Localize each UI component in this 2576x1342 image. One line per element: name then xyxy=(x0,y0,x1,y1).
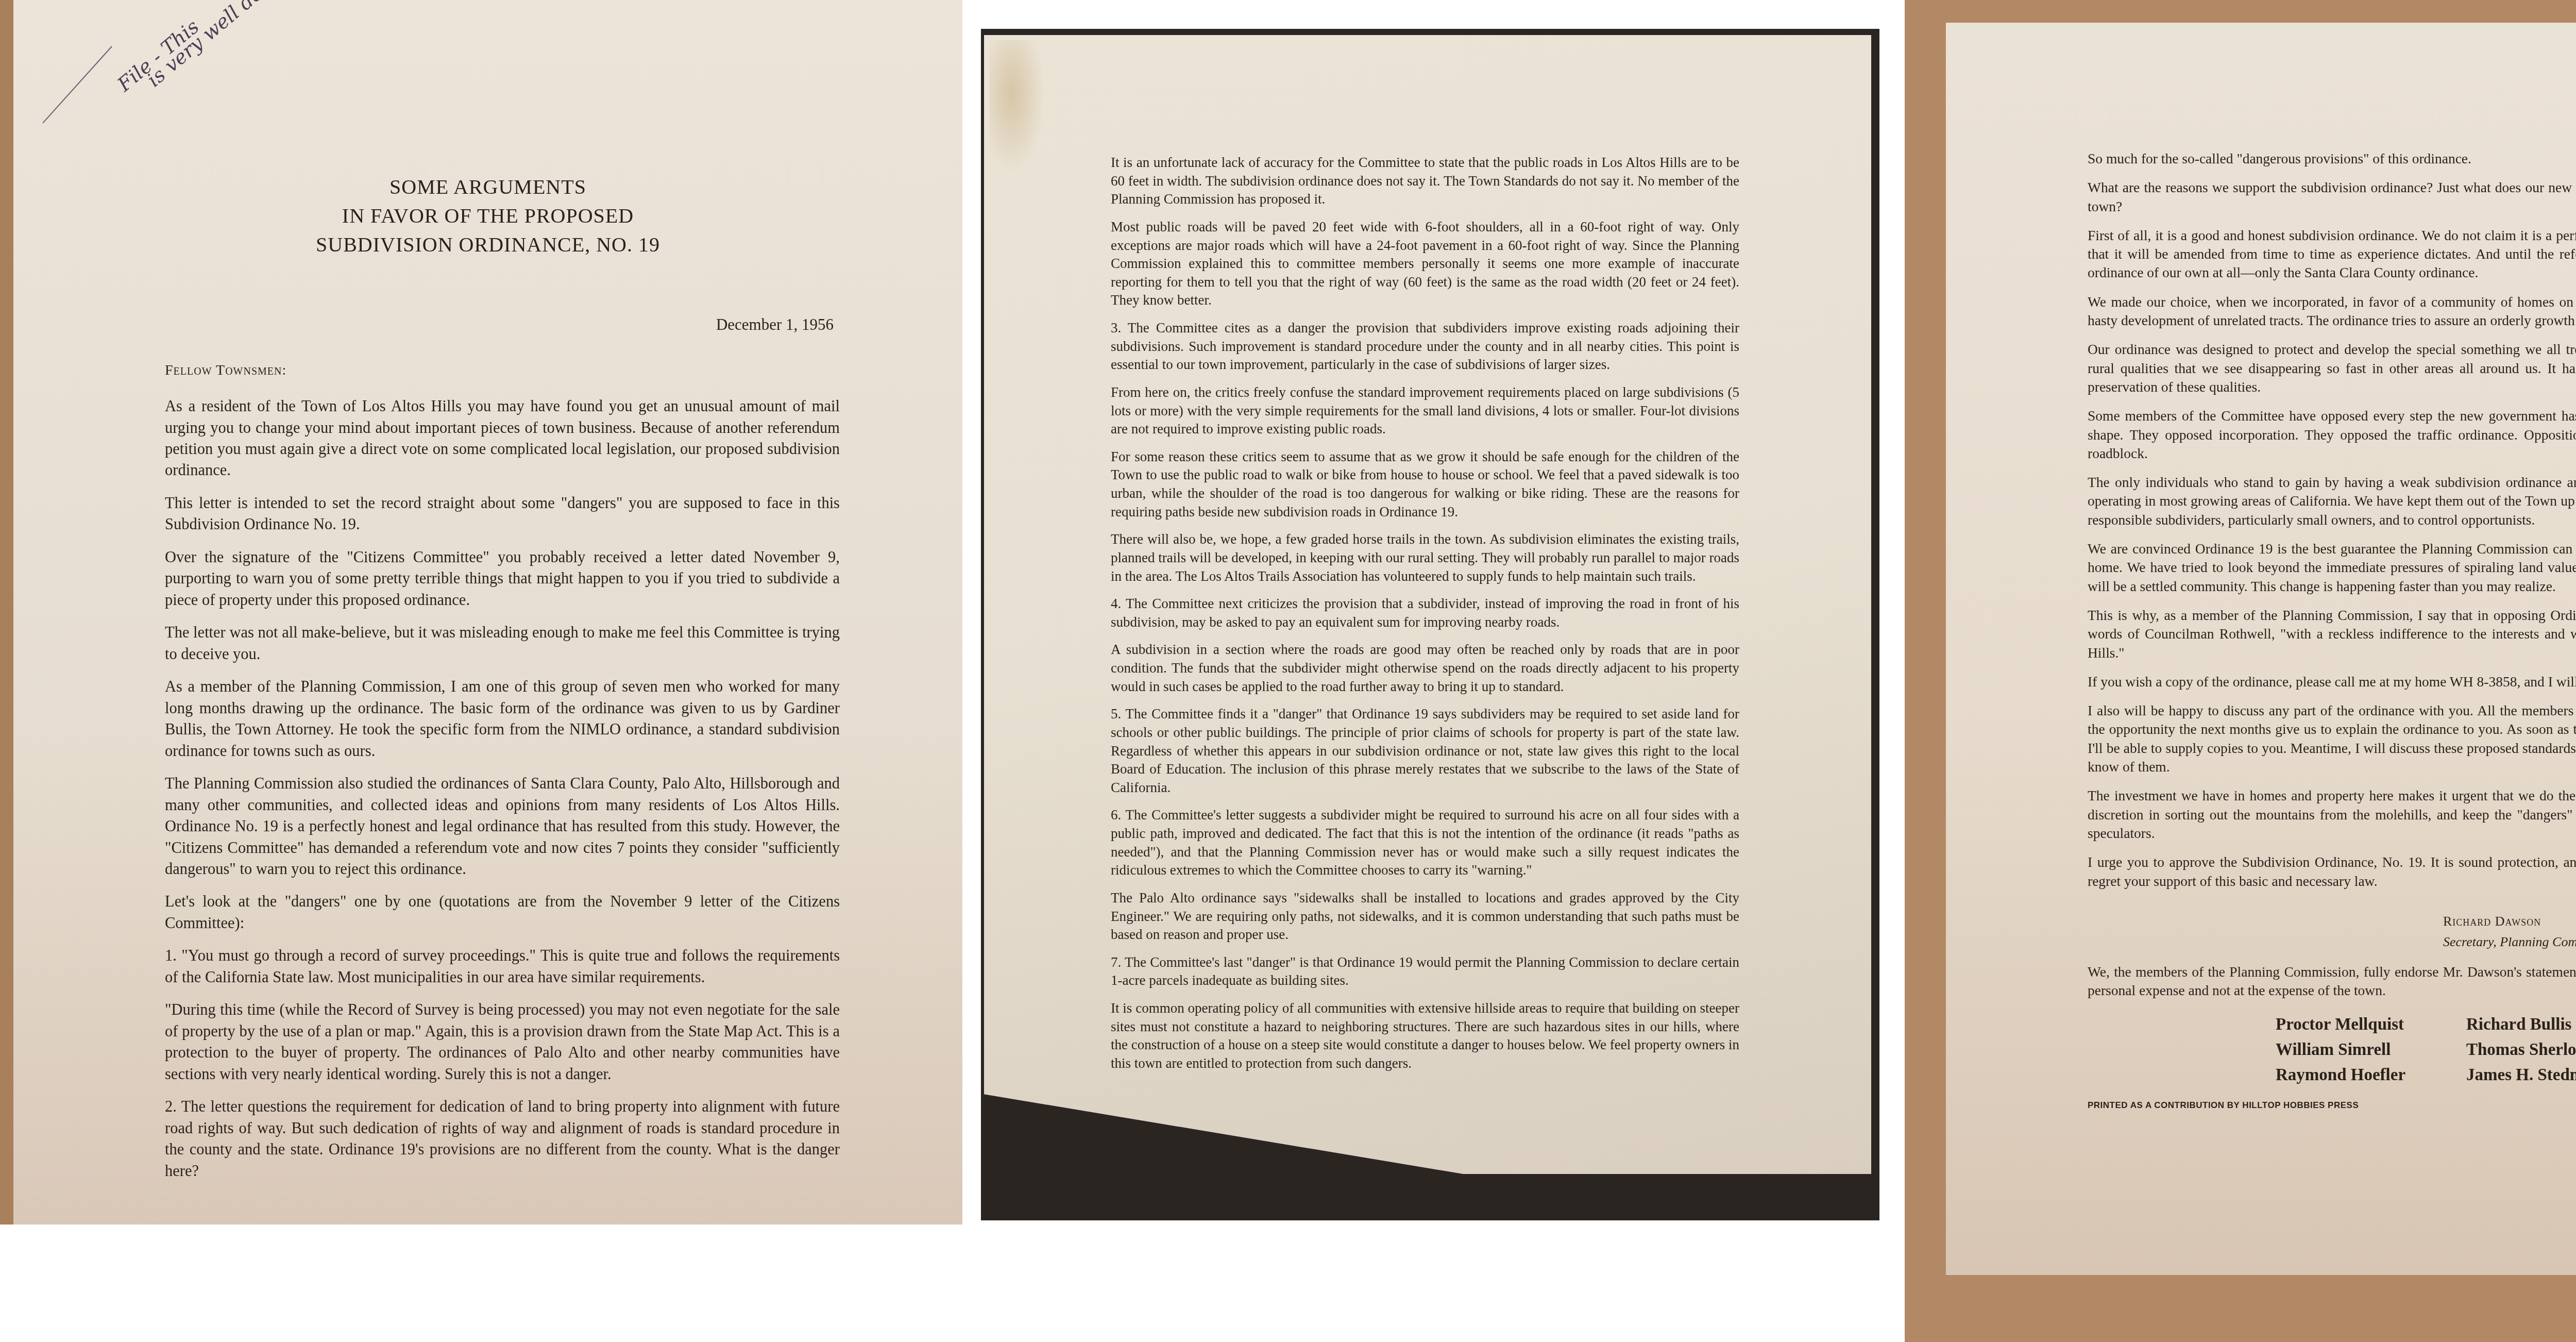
paragraph: Let's look at the "dangers" one by one (… xyxy=(165,891,840,934)
paragraph: For some reason these critics seem to as… xyxy=(1111,448,1739,522)
paragraph: The Planning Commission also studied the… xyxy=(165,773,840,880)
printer-credit: PRINTED AS A CONTRIBUTION BY HILLTOP HOB… xyxy=(2088,1100,2576,1111)
paragraph: There will also be, we hope, a few grade… xyxy=(1111,530,1739,585)
signatory-role: Secretary, Planning Commission xyxy=(2443,932,2576,952)
paragraph: It is an unfortunate lack of accuracy fo… xyxy=(1111,154,1739,209)
paragraph: As a resident of the Town of Los Altos H… xyxy=(165,396,840,481)
paper-stain xyxy=(989,40,1046,174)
paragraph: I urge you to approve the Subdivision Or… xyxy=(2088,853,2576,891)
paragraph: This is why, as a member of the Planning… xyxy=(2088,606,2576,662)
paragraph: As a member of the Planning Commission, … xyxy=(165,676,840,762)
page-1-body: Fellow Townsmen: As a resident of the To… xyxy=(165,361,840,1193)
paragraph: I also will be happy to discuss any part… xyxy=(2088,701,2576,776)
member-name: William Simrell xyxy=(2276,1041,2446,1060)
paragraph: The letter was not all make-believe, but… xyxy=(165,622,840,665)
handwritten-stroke xyxy=(42,46,112,123)
paragraph: 1. "You must go through a record of surv… xyxy=(165,945,840,988)
paragraph: First of all, it is a good and honest su… xyxy=(2088,226,2576,282)
paragraph: What are the reasons we support the subd… xyxy=(2088,178,2576,216)
page-3-body: So much for the so-called "dangerous pro… xyxy=(2088,149,2576,1111)
paragraph: So much for the so-called "dangerous pro… xyxy=(2088,149,2576,168)
document-title: SOME ARGUMENTS IN FAVOR OF THE PROPOSED … xyxy=(13,173,962,259)
member-name: Raymond Hoefler xyxy=(2276,1066,2446,1085)
page-2-body: It is an unfortunate lack of accuracy fo… xyxy=(1111,154,1739,1082)
endorsement: We, the members of the Planning Commissi… xyxy=(2088,963,2576,1000)
photo-page-3: So much for the so-called "dangerous pro… xyxy=(1905,0,2576,1342)
photo-page-2: It is an unfortunate lack of accuracy fo… xyxy=(981,29,1879,1220)
signature-block: Richard Dawson Secretary, Planning Commi… xyxy=(2088,911,2576,952)
paragraph: From here on, the critics freely confuse… xyxy=(1111,383,1739,439)
letter-page-3-content: So much for the so-called "dangerous pro… xyxy=(1946,23,2576,1275)
paragraph: 4. The Committee next criticizes the pro… xyxy=(1111,595,1739,631)
letter-date: December 1, 1956 xyxy=(716,315,834,334)
paragraph: The Palo Alto ordinance says "sidewalks … xyxy=(1111,889,1739,944)
letter-page-2: It is an unfortunate lack of accuracy fo… xyxy=(984,35,1871,1174)
paragraph: This letter is intended to set the recor… xyxy=(165,493,840,535)
paragraph: 2. The letter questions the requirement … xyxy=(165,1096,840,1182)
paragraph: We are convinced Ordinance 19 is the bes… xyxy=(2088,540,2576,596)
paragraph: Most public roads will be paved 20 feet … xyxy=(1111,218,1739,310)
salutation: Fellow Townsmen: xyxy=(165,361,840,380)
paragraph: 7. The Committee's last "danger" is that… xyxy=(1111,953,1739,990)
paragraph: The only individuals who stand to gain b… xyxy=(2088,473,2576,529)
member-name: Richard Bullis xyxy=(2466,1015,2576,1034)
letter-page-1: File - This is very well done. SOME ARGU… xyxy=(13,0,962,1224)
commission-members: Proctor Mellquist Richard Bullis William… xyxy=(2276,1015,2576,1085)
paragraph: It is common operating policy of all com… xyxy=(1111,999,1739,1073)
paragraph: "During this time (while the Record of S… xyxy=(165,999,840,1085)
member-name: Proctor Mellquist xyxy=(2276,1015,2446,1034)
paragraph: Our ordinance was designed to protect an… xyxy=(2088,340,2576,396)
paragraph: A subdivision in a section where the roa… xyxy=(1111,641,1739,696)
member-name: James H. Stedman xyxy=(2466,1066,2576,1085)
paragraph: If you wish a copy of the ordinance, ple… xyxy=(2088,673,2576,691)
paragraph: 3. The Committee cites as a danger the p… xyxy=(1111,319,1739,374)
member-name: Thomas Sherlock xyxy=(2466,1041,2576,1060)
paragraph: Some members of the Committee have oppos… xyxy=(2088,407,2576,463)
paragraph: The investment we have in homes and prop… xyxy=(2088,786,2576,843)
paragraph: 5. The Committee finds it a "danger" tha… xyxy=(1111,705,1739,797)
paragraph: Over the signature of the "Citizens Comm… xyxy=(165,547,840,611)
paragraph: 6. The Committee's letter suggests a sub… xyxy=(1111,806,1739,880)
photo-page-1: File - This is very well done. SOME ARGU… xyxy=(0,0,962,1224)
paragraph: We made our choice, when we incorporated… xyxy=(2088,293,2576,330)
signatory-name: Richard Dawson xyxy=(2443,911,2576,932)
